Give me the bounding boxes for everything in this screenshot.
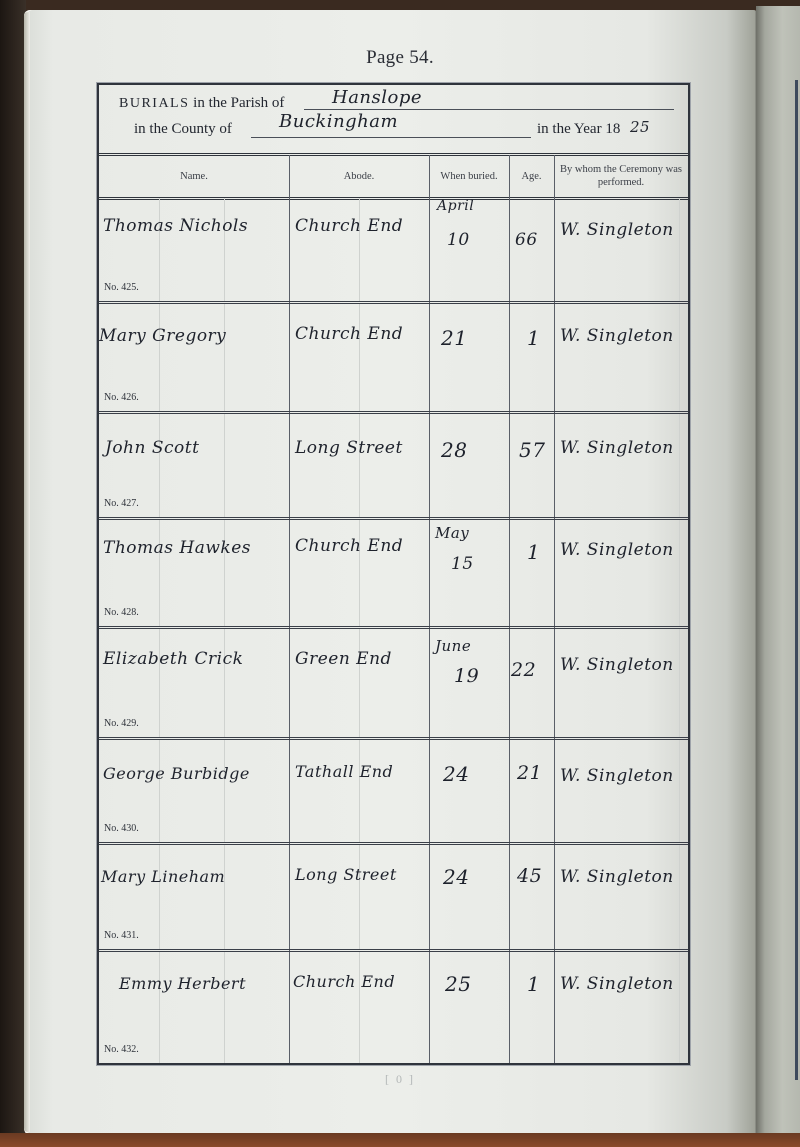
column-header-age: Age. (509, 155, 554, 197)
parish-label: in the Parish of (193, 95, 284, 111)
register-heading: BURIALS in the Parish of Hanslope in the… (99, 85, 688, 156)
entry-abode: Tathall End (295, 762, 393, 781)
entry-abode: Long Street (295, 865, 397, 884)
table-row: George Burbidge Tathall End 24 21 W. Sin… (99, 740, 688, 845)
entry-abode: Church End (295, 536, 403, 556)
county-label: in the County of (134, 121, 232, 138)
entry-abode: Long Street (295, 438, 403, 458)
table-row: Mary Gregory Church End 21 1 W. Singleto… (99, 304, 688, 414)
entry-month: April (437, 198, 474, 214)
entry-abode: Church End (295, 324, 403, 344)
entry-number: No. 430. (104, 823, 139, 834)
burial-register-table: BURIALS in the Parish of Hanslope in the… (97, 83, 690, 1065)
year-label: in the Year 18 (537, 121, 620, 138)
entry-name: John Scott (105, 438, 199, 458)
entry-age: 1 (527, 326, 540, 350)
entry-officiant: W. Singleton (560, 438, 674, 458)
entry-day: 24 (443, 762, 469, 786)
entry-abode: Church End (295, 216, 403, 236)
entry-officiant: W. Singleton (560, 867, 674, 887)
entry-day: 28 (441, 438, 467, 462)
entry-name: Elizabeth Crick (103, 649, 243, 669)
entry-name: Emmy Herbert (119, 974, 246, 993)
entry-age: 1 (527, 540, 540, 564)
entry-number: No. 429. (104, 718, 139, 729)
parish-line: BURIALS in the Parish of (119, 95, 284, 112)
entry-age: 45 (517, 865, 542, 887)
entry-day: 21 (441, 326, 467, 350)
page-signature-mark: [ 0 ] (0, 1072, 800, 1087)
entry-day: 10 (447, 230, 470, 250)
entry-name: George Burbidge (103, 764, 250, 783)
entry-name: Thomas Nichols (103, 216, 248, 236)
entry-day: 15 (451, 554, 474, 574)
column-header-row: Name. Abode. When buried. Age. By whom t… (99, 155, 688, 200)
entry-officiant: W. Singleton (560, 766, 674, 786)
entry-number: No. 428. (104, 607, 139, 618)
facing-page-rule (795, 80, 798, 1080)
entry-abode: Green End (295, 649, 392, 669)
entry-name: Mary Gregory (99, 326, 226, 346)
entry-age: 57 (519, 438, 545, 462)
column-header-officiant: By whom the Ceremony was performed. (554, 155, 688, 197)
table-row: Thomas Nichols Church End April 10 66 W.… (99, 198, 688, 304)
facing-page-edge (756, 6, 800, 1136)
book-binding-shadow (0, 0, 26, 1147)
county-value: Buckingham (279, 111, 398, 132)
entry-officiant: W. Singleton (560, 974, 674, 994)
table-row: Emmy Herbert Church End 25 1 W. Singleto… (99, 952, 688, 1063)
entry-day: 25 (445, 972, 471, 996)
entries-list: Thomas Nichols Church End April 10 66 W.… (99, 198, 688, 1063)
entry-day: 19 (454, 665, 479, 687)
table-row: Thomas Hawkes Church End May 15 1 W. Sin… (99, 520, 688, 629)
entry-name: Mary Lineham (101, 867, 225, 886)
entry-age: 1 (527, 972, 540, 996)
entry-day: 24 (443, 865, 469, 889)
year-value: 25 (630, 118, 650, 136)
page-number-title: Page 54. (0, 47, 800, 69)
column-header-name: Name. (99, 155, 289, 197)
desk-surface (0, 1133, 800, 1147)
entry-officiant: W. Singleton (560, 540, 674, 560)
entry-month: May (435, 524, 469, 542)
table-row: Elizabeth Crick Green End June 19 22 W. … (99, 629, 688, 740)
entry-number: No. 425. (104, 282, 139, 293)
entry-age: 22 (511, 659, 536, 681)
entry-officiant: W. Singleton (560, 220, 674, 240)
entry-officiant: W. Singleton (560, 326, 674, 346)
column-header-abode: Abode. (289, 155, 429, 197)
burials-label: BURIALS (119, 96, 189, 111)
entry-month: June (435, 637, 471, 655)
entry-name: Thomas Hawkes (103, 538, 251, 558)
entry-age: 66 (515, 230, 538, 250)
entry-age: 21 (517, 762, 542, 784)
entry-abode: Church End (293, 972, 395, 991)
entry-number: No. 432. (104, 1044, 139, 1055)
entry-number: No. 431. (104, 930, 139, 941)
parish-value: Hanslope (332, 87, 422, 108)
column-header-when-buried: When buried. (429, 155, 509, 197)
table-row: John Scott Long Street 28 57 W. Singleto… (99, 414, 688, 520)
table-row: Mary Lineham Long Street 24 45 W. Single… (99, 845, 688, 952)
entry-number: No. 426. (104, 392, 139, 403)
entry-number: No. 427. (104, 498, 139, 509)
entry-officiant: W. Singleton (560, 655, 674, 675)
page-deckle-edge (24, 12, 30, 1132)
